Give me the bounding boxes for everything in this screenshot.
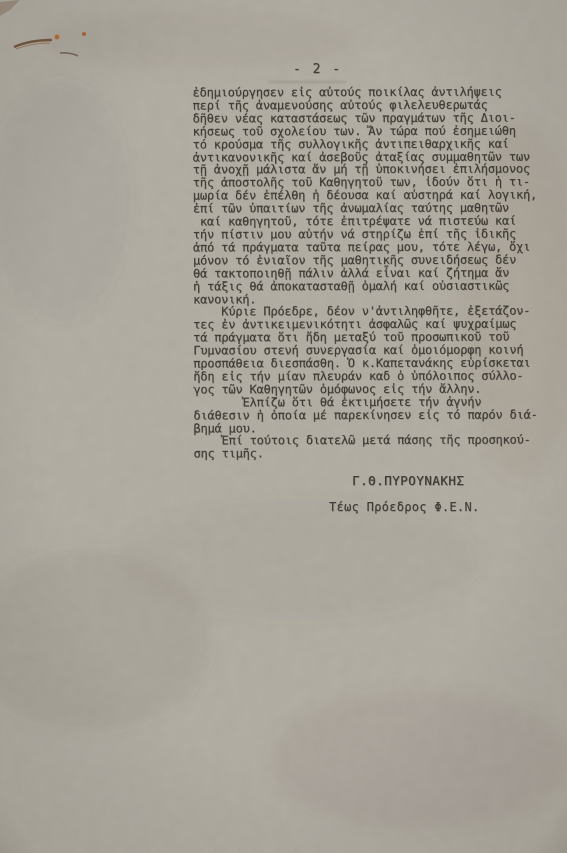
letter-content: - 2 - ἐδημιούργησεν εἰς αὐτούς ποικίλας … <box>0 0 567 853</box>
letter-body: ἐδημιούργησεν εἰς αὐτούς ποικίλας ἀντιλή… <box>193 86 554 461</box>
signature-name: Γ.Θ.ΠΥΡΟΥΝΑΚΗΣ <box>352 473 464 488</box>
body-line: σης τιμῆς. <box>193 447 553 461</box>
signature-title: Τέως Πρόεδρος Φ.Ε.Ν. <box>329 500 480 514</box>
page-number-smudge <box>268 81 346 83</box>
scanned-letter-page: - 2 - ἐδημιούργησεν εἰς αὐτούς ποικίλας … <box>0 0 567 853</box>
body-line: ἡ τάξις θά ἀποκατασταθῇ ὁμαλή καί οὐσιασ… <box>193 279 553 293</box>
page-number: - 2 - <box>293 62 342 77</box>
body-line: διάθεσιν ἡ ὁποία μέ παρεκίνησεν εἰς τό π… <box>193 408 553 422</box>
